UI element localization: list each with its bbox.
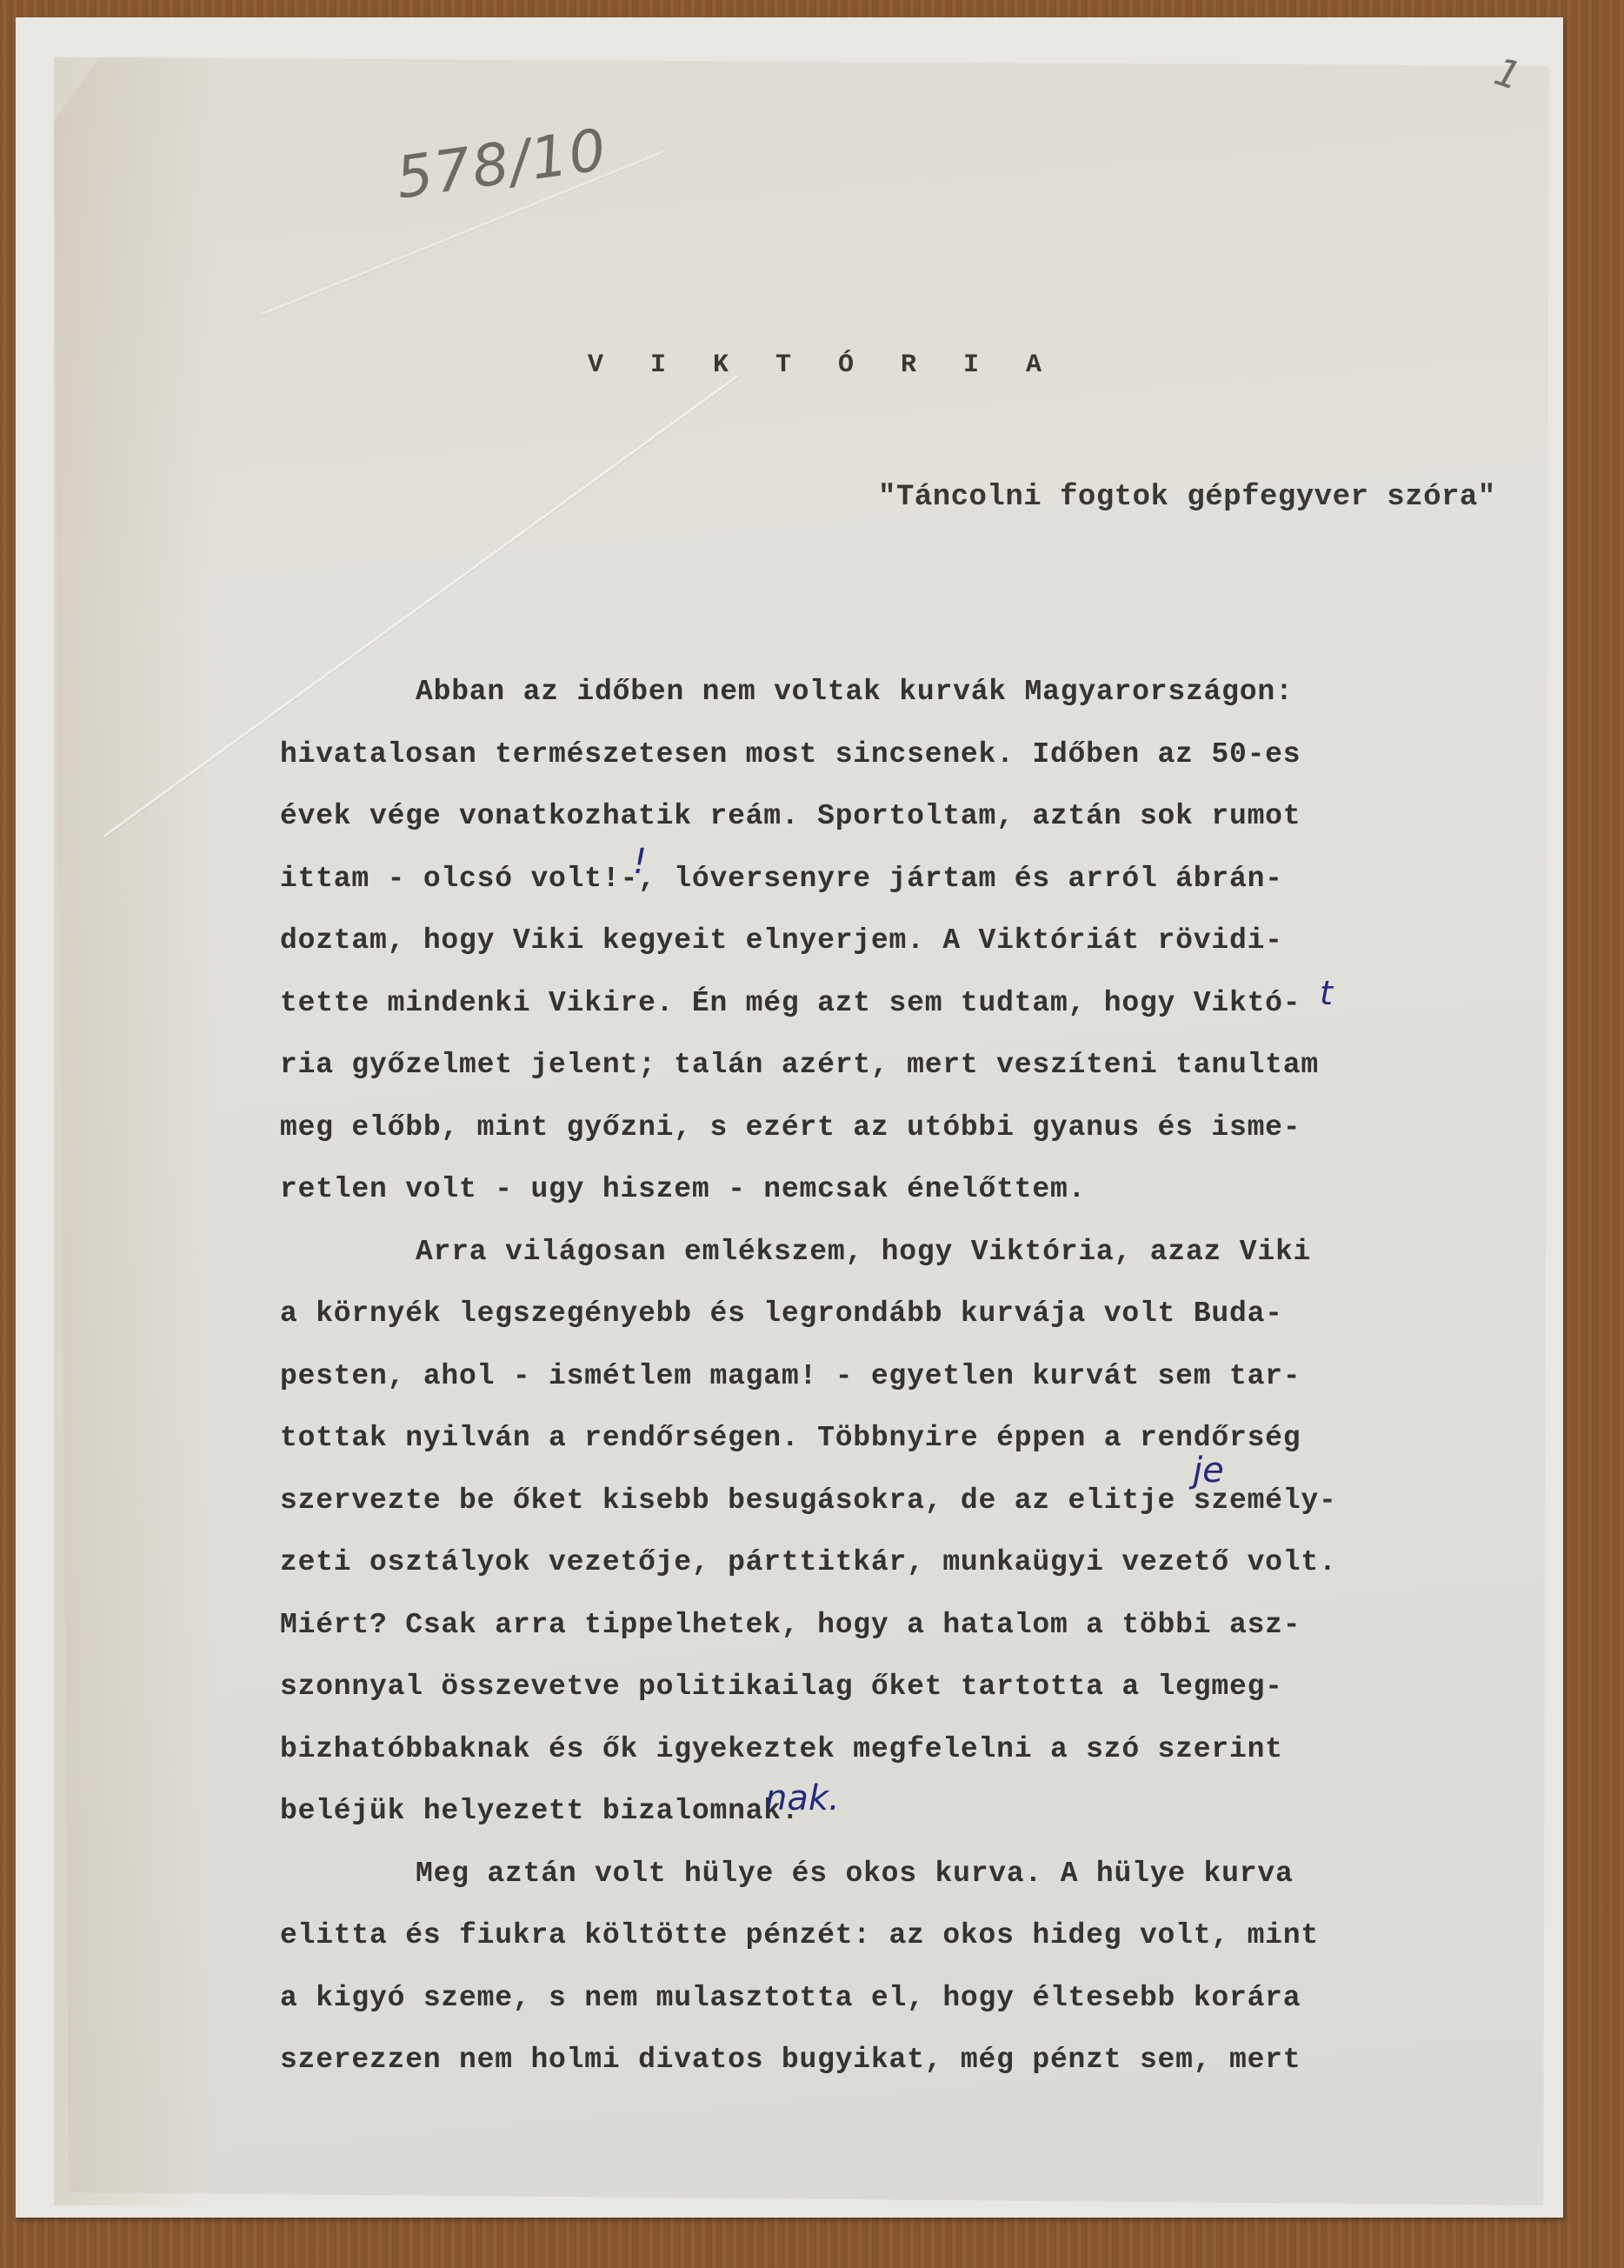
text-line: a kigyó szeme, s nem mulasztotta el, hog…: [280, 1967, 1428, 2030]
document-body: Abban az időben nem voltak kurvák Magyar…: [280, 661, 1428, 2091]
text-line: szonnyal összevetve politikailag őket ta…: [280, 1656, 1428, 1718]
text-line: elitta és fiukra költötte pénzét: az oko…: [280, 1904, 1428, 1967]
text-line: bizhatóbbaknak és ők igyekeztek megfelel…: [280, 1718, 1428, 1781]
text-line: hivatalosan természetesen most sincsenek…: [280, 724, 1428, 786]
pen-correction-nak: nak.: [765, 1778, 840, 1818]
paragraph-3: Meg aztán volt hülye és okos kurva. A hü…: [280, 1843, 1428, 2091]
epigraph: "Táncolni fogtok gépfegyver szóra": [878, 481, 1496, 514]
text-line: ria győzelmet jelent; talán azért, mert …: [280, 1034, 1428, 1097]
text-line: retlen volt - ugy hiszem - nemcsak énelő…: [280, 1158, 1428, 1221]
text-line: Abban az időben nem voltak kurvák Magyar…: [280, 661, 1428, 724]
pen-correction-je: je: [1193, 1451, 1224, 1491]
text-line: tette mindenki Vikire. Én még azt sem tu…: [280, 972, 1428, 1035]
paragraph-1: Abban az időben nem voltak kurvák Magyar…: [280, 661, 1428, 1221]
text-line: doztam, hogy Viki kegyeit elnyerjem. A V…: [280, 910, 1428, 972]
paragraph-2: Arra világosan emlékszem, hogy Viktória,…: [280, 1221, 1428, 1843]
text-line: meg előbb, mint győzni, s ezért az utóbb…: [280, 1097, 1428, 1159]
pen-correction-exclamation: !: [633, 842, 647, 882]
pen-correction-t: t: [1320, 974, 1333, 1012]
text-line: évek vége vonatkozhatik reám. Sportoltam…: [280, 785, 1428, 848]
text-line: a környék legszegényebb és legrondább ku…: [280, 1283, 1428, 1345]
text-line: Meg aztán volt hülye és okos kurva. A hü…: [280, 1843, 1428, 1905]
text-line: szervezte be őket kisebb besugásokra, de…: [280, 1470, 1428, 1532]
text-line: ittam - olcsó volt!-, lóversenyre jártam…: [280, 848, 1428, 911]
text-line: zeti osztályok vezetője, párttitkár, mun…: [280, 1531, 1428, 1594]
document-title: V I K T Ó R I A: [588, 350, 1057, 380]
text-line: tottak nyilván a rendőrségen. Többnyire …: [280, 1407, 1428, 1470]
text-line: pesten, ahol - ismétlem magam! - egyetle…: [280, 1345, 1428, 1408]
text-line: Arra világosan emlékszem, hogy Viktória,…: [280, 1221, 1428, 1284]
text-line: beléjük helyezett bizalomnak.: [280, 1780, 1428, 1843]
text-line: Miért? Csak arra tippelhetek, hogy a hat…: [280, 1594, 1428, 1657]
text-line: szerezzen nem holmi divatos bugyikat, mé…: [280, 2029, 1428, 2091]
